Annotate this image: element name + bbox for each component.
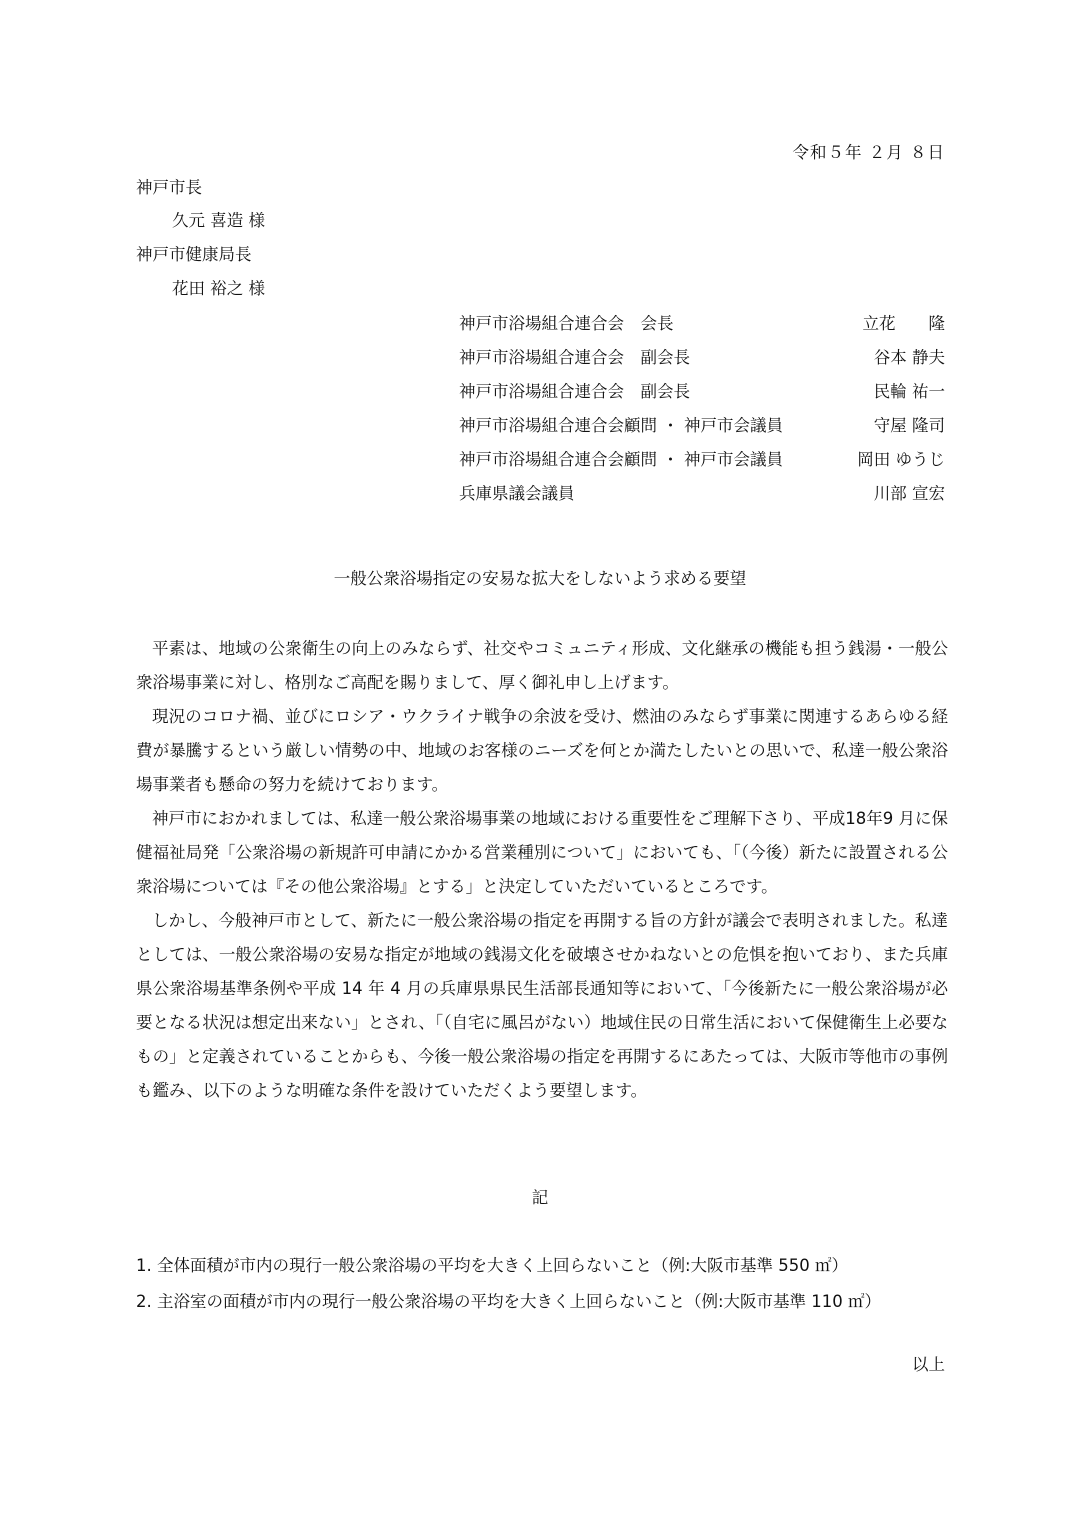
addressee-2-title: 神戸市健康局長 bbox=[136, 245, 252, 265]
request-item-2: 2. 主浴室の面積が市内の現行一般公衆浴場の平均を大きく上回らないこと（例:大阪… bbox=[136, 1292, 881, 1312]
sender-6-org: 兵庫県議会議員 bbox=[459, 484, 575, 504]
request-item-1: 1. 全体面積が市内の現行一般公衆浴場の平均を大きく上回らないこと（例:大阪市基… bbox=[136, 1256, 848, 1276]
addressee-1-name: 久元 喜造 様 bbox=[172, 211, 265, 231]
document-title: 一般公衆浴場指定の安易な拡大をしないよう求める要望 bbox=[0, 569, 1080, 589]
sender-3-name: 民輪 祐一 bbox=[840, 382, 945, 402]
sender-4-name: 守屋 隆司 bbox=[840, 416, 945, 436]
paragraph-3: 神戸市におかれましては、私達一般公衆浴場事業の地域における重要性をご理解下さり、… bbox=[136, 802, 948, 904]
paragraph-1: 平素は、地域の公衆衛生の向上のみならず、社交やコミュニティ形成、文化継承の機能も… bbox=[136, 632, 948, 700]
addressee-2-name: 花田 裕之 様 bbox=[172, 279, 265, 299]
document-body: 平素は、地域の公衆衛生の向上のみならず、社交やコミュニティ形成、文化継承の機能も… bbox=[136, 632, 948, 1108]
sender-1-name: 立花 隆 bbox=[840, 314, 945, 334]
addressee-1-title: 神戸市長 bbox=[136, 178, 202, 198]
ki-heading: 記 bbox=[0, 1188, 1080, 1208]
paragraph-2: 現況のコロナ禍、並びにロシア・ウクライナ戦争の余波を受け、燃油のみならず事業に関… bbox=[136, 700, 948, 802]
closing-mark: 以上 bbox=[912, 1355, 945, 1375]
paragraph-4: しかし、今般神戸市として、新たに一般公衆浴場の指定を再開する旨の方針が議会で表明… bbox=[136, 904, 948, 1108]
sender-3-org: 神戸市浴場組合連合会 副会長 bbox=[459, 382, 690, 402]
sender-5-org: 神戸市浴場組合連合会顧問 ・ 神戸市会議員 bbox=[459, 450, 783, 470]
document-date: 令和５年 ２月 ８日 bbox=[793, 143, 946, 163]
sender-5-name: 岡田 ゆうじ bbox=[840, 450, 945, 470]
sender-6-name: 川部 宣宏 bbox=[840, 484, 945, 504]
sender-2-name: 谷本 静夫 bbox=[840, 348, 945, 368]
sender-4-org: 神戸市浴場組合連合会顧問 ・ 神戸市会議員 bbox=[459, 416, 783, 436]
sender-1-org: 神戸市浴場組合連合会 会長 bbox=[459, 314, 674, 334]
sender-2-org: 神戸市浴場組合連合会 副会長 bbox=[459, 348, 690, 368]
